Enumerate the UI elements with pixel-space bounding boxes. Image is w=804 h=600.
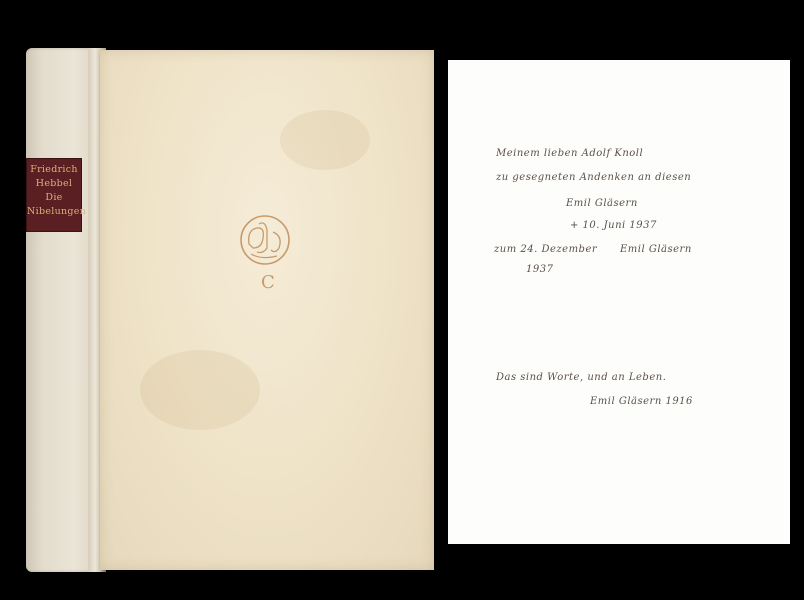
inscription-signature-1: Emil Gläsern xyxy=(566,198,638,209)
spine-title-2: Nibelungen xyxy=(27,205,81,219)
spine-author-first: Friedrich xyxy=(27,163,81,177)
inscription-page: Meinem lieben Adolf Knoll zu gesegneten … xyxy=(448,60,790,544)
inscription-signature-3: Emil Gläsern 1916 xyxy=(590,396,693,407)
inscription-line-2: zu gesegneten Andenken an diesen xyxy=(496,172,691,183)
spine-title-1: Die xyxy=(27,191,81,205)
inscription-date-1: + 10. Juni 1937 xyxy=(570,220,657,231)
inscription-line-1: Meinem lieben Adolf Knoll xyxy=(496,148,643,159)
inscription-line-5: zum 24. Dezember xyxy=(494,244,597,255)
inscription-motto: Das sind Worte, und an Leben. xyxy=(496,372,666,383)
inscription-signature-2: Emil Gläsern xyxy=(620,244,692,255)
inscription-year: 1937 xyxy=(526,264,553,275)
book-cover: C xyxy=(100,50,434,570)
spine-author-last: Hebbel xyxy=(27,177,81,191)
cover-emblem-icon: C xyxy=(235,210,295,296)
spine-title-label: Friedrich Hebbel Die Nibelungen xyxy=(26,158,82,232)
svg-text:C: C xyxy=(261,272,275,293)
book-photo: Friedrich Hebbel Die Nibelungen C xyxy=(18,44,436,580)
